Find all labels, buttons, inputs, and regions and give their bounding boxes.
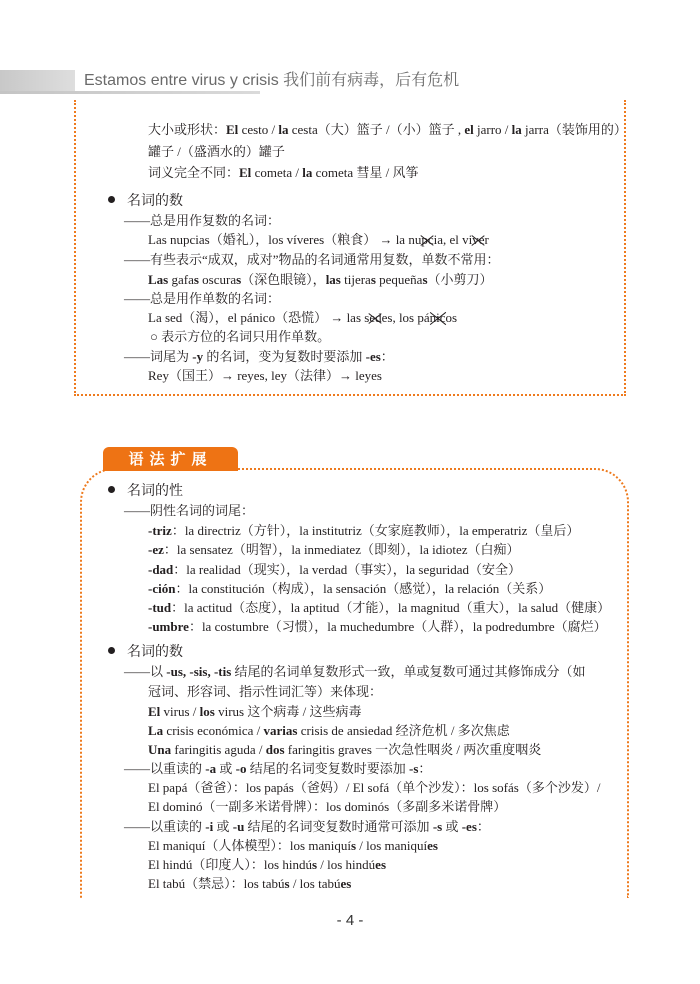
text: El hindú（印度人）：los hindú (148, 857, 312, 872)
determiner: los (200, 704, 215, 719)
heading-noun-gender: 名词的性 (108, 483, 183, 501)
text: jarra（装饰用的） (522, 122, 627, 137)
article: la (278, 122, 288, 137)
cross-out-mark: pc (421, 231, 433, 249)
suffix: -ción (148, 581, 175, 596)
text: gafa (168, 272, 194, 287)
text: r (485, 232, 489, 247)
text: 结尾的名词变复数时通常可添加 (244, 819, 433, 834)
text: ： (381, 349, 394, 364)
running-header-title: Estamos entre virus y crisis 我们前有病毒，后有危机 (84, 71, 459, 91)
text: os (446, 310, 458, 325)
gender-row: -dad：la realidad（现实），la verdad（事实），la se… (148, 561, 521, 579)
article: El (226, 122, 238, 137)
article: el (464, 122, 473, 137)
text: faringitis aguda / (171, 742, 266, 757)
suffix: -s (433, 819, 442, 834)
text: （小剪刀） (428, 272, 493, 287)
gender-row: -ción：la constitución（构成），la sensación（感… (148, 580, 551, 598)
bullet-icon (108, 196, 115, 203)
gender-row: -triz：la directriz（方针），la institutriz（女家… (148, 522, 579, 540)
text: ia, el vi (434, 232, 473, 247)
text: ： (477, 819, 490, 834)
heading-text: 名词的性 (127, 484, 183, 499)
different-meaning-line: 词义完全不同：El cometa / la cometa 彗星 / 风筝 (148, 164, 419, 182)
grammar-expansion-tab: 语法扩展 (103, 447, 238, 471)
plural-ending: es (375, 857, 386, 872)
text: / los hindú (317, 857, 375, 872)
text: crisis económica / (163, 723, 263, 738)
heading-text: 名词的数 (127, 645, 183, 660)
bullet-icon (108, 486, 115, 493)
text: es, los pá (382, 310, 430, 325)
text: faringitis graves 一次急性咽炎 / 两次重度咽炎 (285, 742, 542, 757)
text: virus / (160, 704, 199, 719)
header-band (0, 70, 75, 92)
example-line: El maniquí（人体模型）：los maniquís / los mani… (148, 837, 438, 855)
location-note: ○ 表示方位的名词只用作单数。 (150, 328, 330, 346)
text: ——以 (124, 664, 166, 679)
example-line: El virus / los virus 这个病毒 / 这些病毒 (148, 703, 361, 721)
suffix: -s (409, 761, 418, 776)
text: crisis de ansiedad 经济危机 / 多次焦虑 (297, 723, 509, 738)
heading-text: 名词的数 (127, 194, 183, 209)
header-underline (0, 91, 260, 94)
text: El tabú（禁忌）：los tabú (148, 876, 285, 891)
pairs-example: Las gafas oscuras（深色眼镜），las tijeras pequ… (148, 271, 493, 289)
suffix: -umbre (148, 619, 189, 634)
article: Las (148, 272, 168, 287)
text: / los maniquí (356, 838, 427, 853)
examples: ：la realidad（现实），la verdad（事实），la seguri… (173, 562, 521, 577)
determiner: Una (148, 742, 171, 757)
text: Las nupcias（婚礼），los víveres（粮食） → la nu (148, 232, 421, 247)
suffix: -a (205, 761, 216, 776)
suffix: -dad (148, 562, 173, 577)
page-number: - 4 - (0, 912, 700, 929)
gender-row: -ez：la sensatez（明智），la inmediatez（即刻），la… (148, 541, 519, 559)
plural-ending: es (427, 838, 438, 853)
text: cesta（大）篮子 /（小）篮子 , (289, 122, 465, 137)
text: / los tabú (290, 876, 341, 891)
suffix: -y (192, 349, 203, 364)
us-sis-tis-label-2: 冠词、形容词、指示性词汇等）来体现： (148, 683, 382, 701)
gender-row: -umbre：la costumbre（习惯），la muchedumbre（人… (148, 618, 607, 636)
text: virus 这个病毒 / 这些病毒 (215, 704, 362, 719)
suffix: -triz (148, 523, 172, 538)
ending-y-label: ——词尾为 -y 的名词，变为复数时要添加 -es： (124, 348, 394, 366)
suffix: -ez (148, 542, 164, 557)
text: jarro / (474, 122, 512, 137)
always-plural-label: ——总是用作复数的名词： (124, 212, 280, 230)
text: ： (418, 761, 431, 776)
examples: ：la actitud（态度），la aptitud（才能），la magnit… (171, 600, 610, 615)
suffix: -o (236, 761, 247, 776)
text: tijera (341, 272, 371, 287)
stressed-a-o-label: ——以重读的 -a 或 -o 结尾的名词变复数时要添加 -s： (124, 760, 431, 778)
suffix: -es (462, 819, 477, 834)
examples: ：la sensatez（明智），la inmediatez（即刻），la id… (164, 542, 520, 557)
text: cesto / (238, 122, 278, 137)
example-line: El hindú（印度人）：los hindús / los hindúes (148, 856, 386, 874)
label: 词义完全不同： (148, 165, 239, 180)
determiner: El (148, 704, 160, 719)
cross-out-mark: nic (430, 309, 446, 327)
text: La sed（渴），el pánico（恐慌） → las s (148, 310, 369, 325)
text: 或 (216, 761, 236, 776)
always-plural-example: Las nupcias（婚礼），los víveres（粮食） → la nup… (148, 231, 489, 249)
suffix: -tud (148, 600, 171, 615)
heading-noun-number-2: 名词的数 (108, 644, 183, 662)
bullet-icon (108, 647, 115, 654)
text: pequeña (376, 272, 423, 287)
cross-out-mark: ed (369, 309, 381, 327)
text: 或 (442, 819, 462, 834)
always-singular-label: ——总是用作单数的名词： (124, 290, 280, 308)
always-singular-example: La sed（渴），el pánico（恐慌） → las sedes, los… (148, 309, 457, 327)
text: ——以重读的 (124, 761, 205, 776)
label: 大小或形状： (148, 122, 226, 137)
suffix: -us, -sis, -tis (166, 664, 231, 679)
us-sis-tis-label: ——以 -us, -sis, -tis 结尾的名词单复数形式一致，单或复数可通过… (124, 663, 586, 681)
examples: ：la directriz（方针），la institutriz（女家庭教师），… (172, 523, 580, 538)
determiner: La (148, 723, 163, 738)
text: El maniquí（人体模型）：los maniquí (148, 838, 351, 853)
text: 结尾的名词变复数时要添加 (246, 761, 409, 776)
text: 的名词，变为复数时要添加 (203, 349, 366, 364)
example-line: Una faringitis aguda / dos faringitis gr… (148, 741, 541, 759)
feminine-endings-label: ——阴性名词的词尾： (124, 502, 254, 520)
example-line: El papá（爸爸）：los papás（爸妈）/ El sofá（单个沙发）… (148, 779, 600, 797)
article: las (326, 272, 341, 287)
examples: ：la constitución（构成），la sensación（感觉），la… (175, 581, 551, 596)
cross-out-mark: ve (472, 231, 484, 249)
size-shape-line-1: 大小或形状：El cesto / la cesta（大）篮子 /（小）篮子 , … (148, 121, 627, 139)
determiner: varias (264, 723, 298, 738)
text: cometa / (251, 165, 302, 180)
gender-row: -tud：la actitud（态度），la aptitud（才能），la ma… (148, 599, 610, 617)
stressed-i-u-label: ——以重读的 -i 或 -u 结尾的名词变复数时通常可添加 -s 或 -es： (124, 818, 490, 836)
text: oscura (199, 272, 236, 287)
determiner: dos (266, 742, 285, 757)
text: ——以重读的 (124, 819, 205, 834)
suffix: -u (233, 819, 245, 834)
text: 或 (213, 819, 233, 834)
text: ——词尾为 (124, 349, 192, 364)
example-line: La crisis económica / varias crisis de a… (148, 722, 510, 740)
size-shape-line-2: 罐子 /（盛酒水的）罐子 (148, 143, 285, 161)
text: cometa 彗星 / 风筝 (312, 165, 418, 180)
text: 结尾的名词单复数形式一致，单或复数可通过其修饰成分（如 (231, 664, 585, 679)
examples: ：la costumbre（习惯），la muchedumbre（人群），la … (189, 619, 607, 634)
article: la (302, 165, 312, 180)
text: （深色眼镜）， (241, 272, 326, 287)
heading-noun-number: 名词的数 (108, 193, 183, 211)
article: El (239, 165, 251, 180)
example-line: El tabú（禁忌）：los tabús / los tabúes (148, 875, 351, 893)
pairs-label: ——有些表示“成双，成对”物品的名词通常用复数，单数不常用： (124, 251, 500, 269)
example-line: El dominó（一副多米诺骨牌）：los dominós（多副多米诺骨牌） (148, 798, 506, 816)
ending-y-example: Rey（国王）→ reyes, ley（法律）→ leyes (148, 367, 382, 385)
plural-ending: es (340, 876, 351, 891)
article: la (512, 122, 522, 137)
suffix: -es (366, 349, 381, 364)
